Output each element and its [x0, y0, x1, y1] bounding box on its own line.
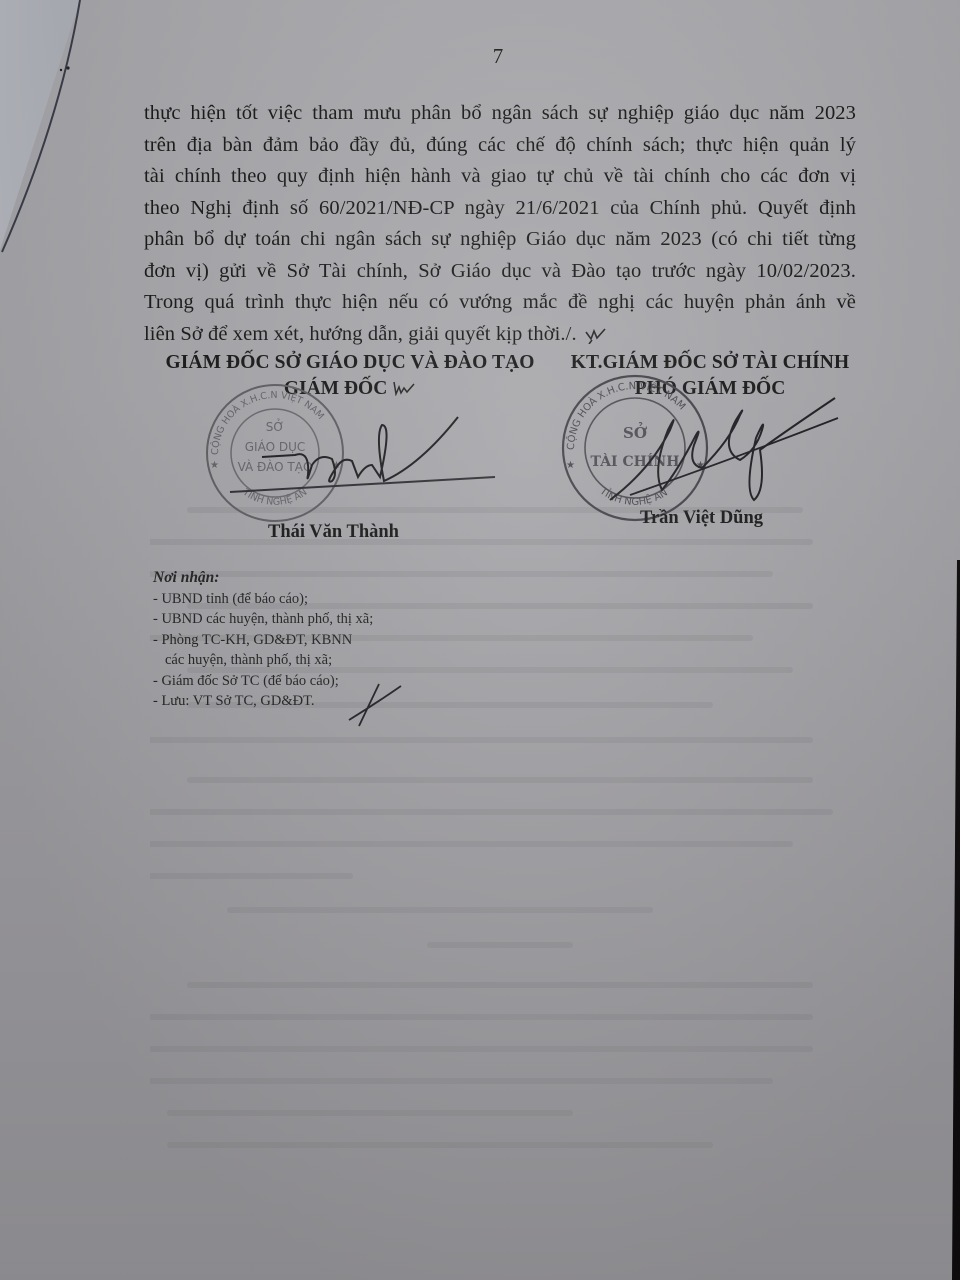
body-line: theo Nghị định số 60/2021/NĐ-CP ngày 21/… [144, 193, 856, 225]
recipients-list: Nơi nhận: - UBND tỉnh (để báo cáo); - UB… [153, 568, 473, 712]
svg-text:TÀI CHÍNH: TÀI CHÍNH [591, 452, 680, 470]
recipient-item: - UBND tỉnh (để báo cáo); [153, 589, 473, 610]
svg-text:VÀ ĐÀO TẠO: VÀ ĐÀO TẠO [238, 459, 313, 474]
official-stamp-education: CỘNG HOÀ X.H.C.N VIỆT NAM TỈNH NGHỆ AN ★… [200, 383, 350, 523]
recipient-item: các huyện, thành phố, thị xã; [153, 650, 473, 671]
svg-text:SỞ: SỞ [266, 418, 285, 434]
recipient-item: - Lưu: VT Sở TC, GD&ĐT. [153, 691, 473, 712]
official-stamp-finance: CỘNG HOÀ X.H.C.N VIỆT NAM TỈNH NGHỆ AN ★… [560, 368, 710, 528]
svg-text:★: ★ [332, 460, 341, 471]
svg-text:GIÁO DỤC: GIÁO DỤC [245, 439, 306, 454]
background-edge [940, 560, 960, 1280]
body-line-final: liên Sở để xem xét, hướng dẫn, giải quyế… [144, 319, 856, 351]
recipients-heading: Nơi nhận: [153, 568, 473, 589]
signer-name: Trần Việt Dũng [640, 508, 763, 529]
document-page: 7 thực hiện tốt việc tham mưu phân bổ ng… [0, 0, 960, 1280]
body-paragraph: thực hiện tốt việc tham mưu phân bổ ngân… [144, 98, 856, 350]
svg-text:TỈNH NGHỆ AN: TỈNH NGHỆ AN [597, 485, 670, 508]
recipient-item: - UBND các huyện, thành phố, thị xã; [153, 609, 473, 630]
signer-name: Thái Văn Thành [268, 522, 399, 543]
body-line-text: liên Sở để xem xét, hướng dẫn, giải quyế… [144, 323, 577, 345]
signer-title: GIÁM ĐỐC SỞ GIÁO DỤC VÀ ĐÀO TẠO [150, 350, 550, 376]
svg-text:★: ★ [566, 460, 575, 471]
body-line: thực hiện tốt việc tham mưu phân bổ ngân… [144, 98, 856, 130]
svg-text:★: ★ [210, 460, 219, 471]
body-line: phân bổ dự toán chi ngân sách sự nghiệp … [144, 224, 856, 256]
svg-text:★: ★ [696, 460, 705, 471]
body-line: đơn vị) gửi về Sở Tài chính, Sở Giáo dục… [144, 256, 856, 288]
initial-mark-icon [583, 326, 607, 344]
body-line: trên địa bàn đảm bảo đầy đủ, đúng các ch… [144, 130, 856, 162]
body-line: tài chính theo quy định hiện hành và gia… [144, 161, 856, 193]
recipient-item: - Giám đốc Sở TC (để báo cáo); [153, 671, 473, 692]
recipient-item: - Phòng TC-KH, GD&ĐT, KBNN [153, 630, 473, 651]
page-number: 7 [0, 44, 960, 69]
previous-page-curl [0, 0, 80, 260]
body-line: Trong quá trình thực hiện nếu có vướng m… [144, 287, 856, 319]
initial-mark-icon [392, 380, 416, 396]
svg-text:SỞ: SỞ [623, 422, 648, 442]
